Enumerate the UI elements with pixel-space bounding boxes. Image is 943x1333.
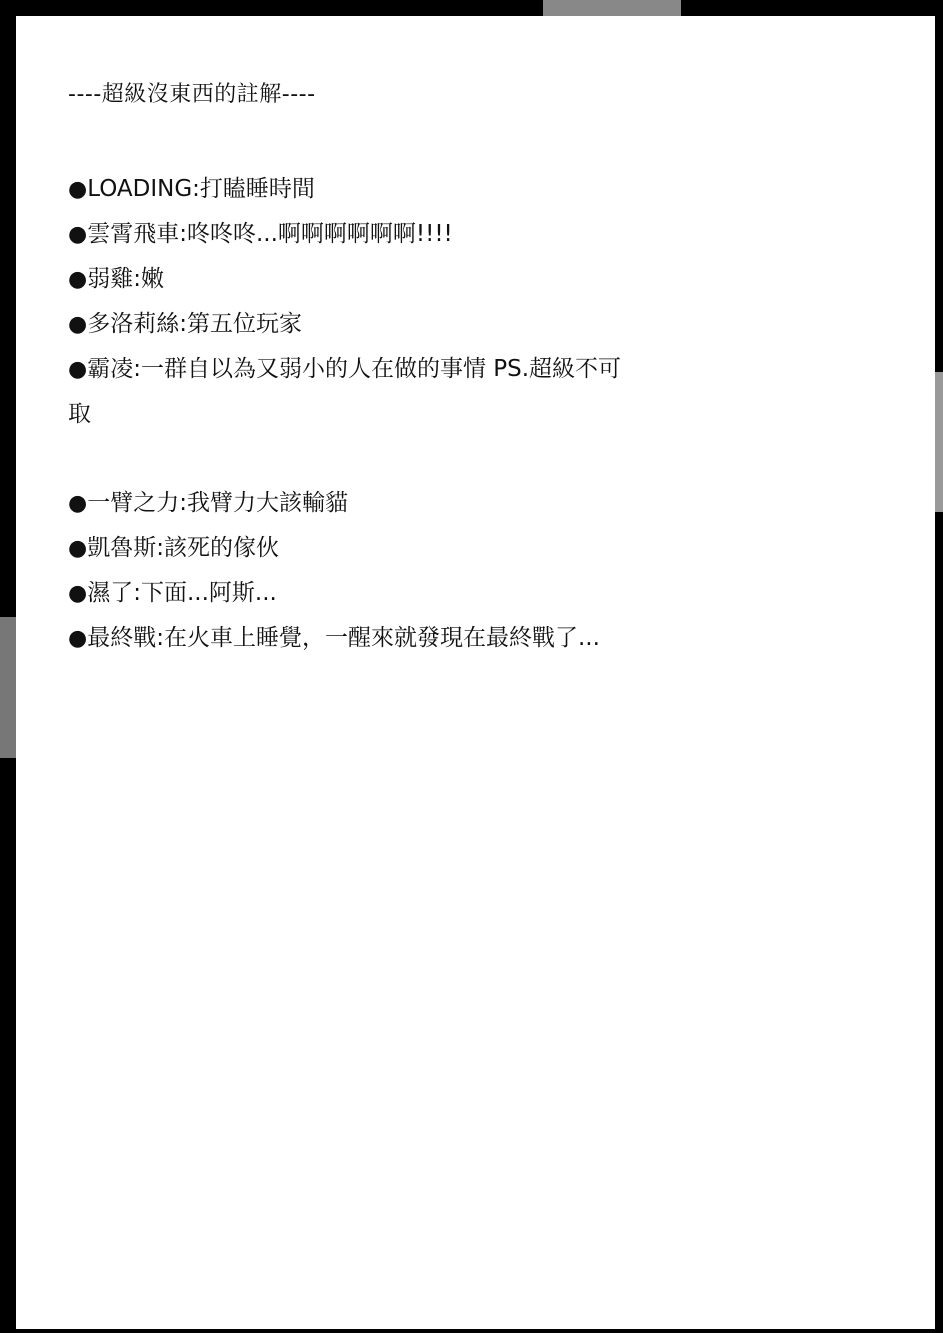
definition: 一群自以為又弱小的人在做的事情 PS.超級不可 (141, 356, 621, 382)
bullet-icon: ● (68, 491, 87, 516)
definition: 我臂力大該輸貓 (187, 490, 348, 516)
page-title: ----超級沒東西的註解---- (68, 77, 316, 108)
list-item: ●霸凌:一群自以為又弱小的人在做的事情 PS.超級不可 (68, 350, 621, 383)
term: 霸凌 (87, 356, 133, 382)
list-item: ●多洛莉絲:第五位玩家 (68, 305, 302, 338)
term: 最終戰 (87, 625, 156, 651)
bullet-icon: ● (68, 312, 87, 337)
definition: 嫩 (141, 266, 164, 292)
bullet-icon: ● (68, 581, 87, 606)
bullet-icon: ● (68, 222, 87, 247)
definition: 第五位玩家 (187, 311, 302, 337)
term: 一臂之力 (87, 490, 179, 516)
term: 弱雞 (87, 266, 133, 292)
bullet-icon: ● (68, 267, 87, 292)
list-item: ●雲霄飛車:咚咚咚...啊啊啊啊啊啊!!!! (68, 215, 453, 248)
left-edge-tab (0, 617, 16, 758)
list-item: ●LOADING:打瞌睡時間 (68, 170, 315, 203)
definition: 打瞌睡時間 (200, 176, 315, 202)
list-item-continuation: 取 (68, 395, 91, 428)
bullet-icon: ● (68, 626, 87, 651)
document-page (16, 16, 935, 1329)
definition: 下面...阿斯... (141, 580, 277, 606)
definition: 在火車上睡覺，一醒來就發現在最終戰了... (164, 625, 600, 651)
term: 濕了 (87, 580, 133, 606)
term: LOADING (87, 176, 192, 202)
bullet-icon: ● (68, 357, 87, 382)
top-edge-tab (543, 0, 681, 16)
term: 雲霄飛車 (87, 221, 179, 247)
list-item: ●弱雞:嫩 (68, 260, 164, 293)
right-edge-tab (935, 372, 943, 512)
term: 凱魯斯 (87, 535, 156, 561)
term: 多洛莉絲 (87, 311, 179, 337)
list-item: ●一臂之力:我臂力大該輸貓 (68, 484, 348, 517)
bullet-icon: ● (68, 177, 87, 202)
definition: 咚咚咚...啊啊啊啊啊啊!!!! (187, 221, 453, 247)
list-item: ●凱魯斯:該死的傢伙 (68, 529, 279, 562)
definition: 該死的傢伙 (164, 535, 279, 561)
list-item: ●最終戰:在火車上睡覺，一醒來就發現在最終戰了... (68, 619, 600, 652)
bullet-icon: ● (68, 536, 87, 561)
list-item: ●濕了:下面...阿斯... (68, 574, 277, 607)
